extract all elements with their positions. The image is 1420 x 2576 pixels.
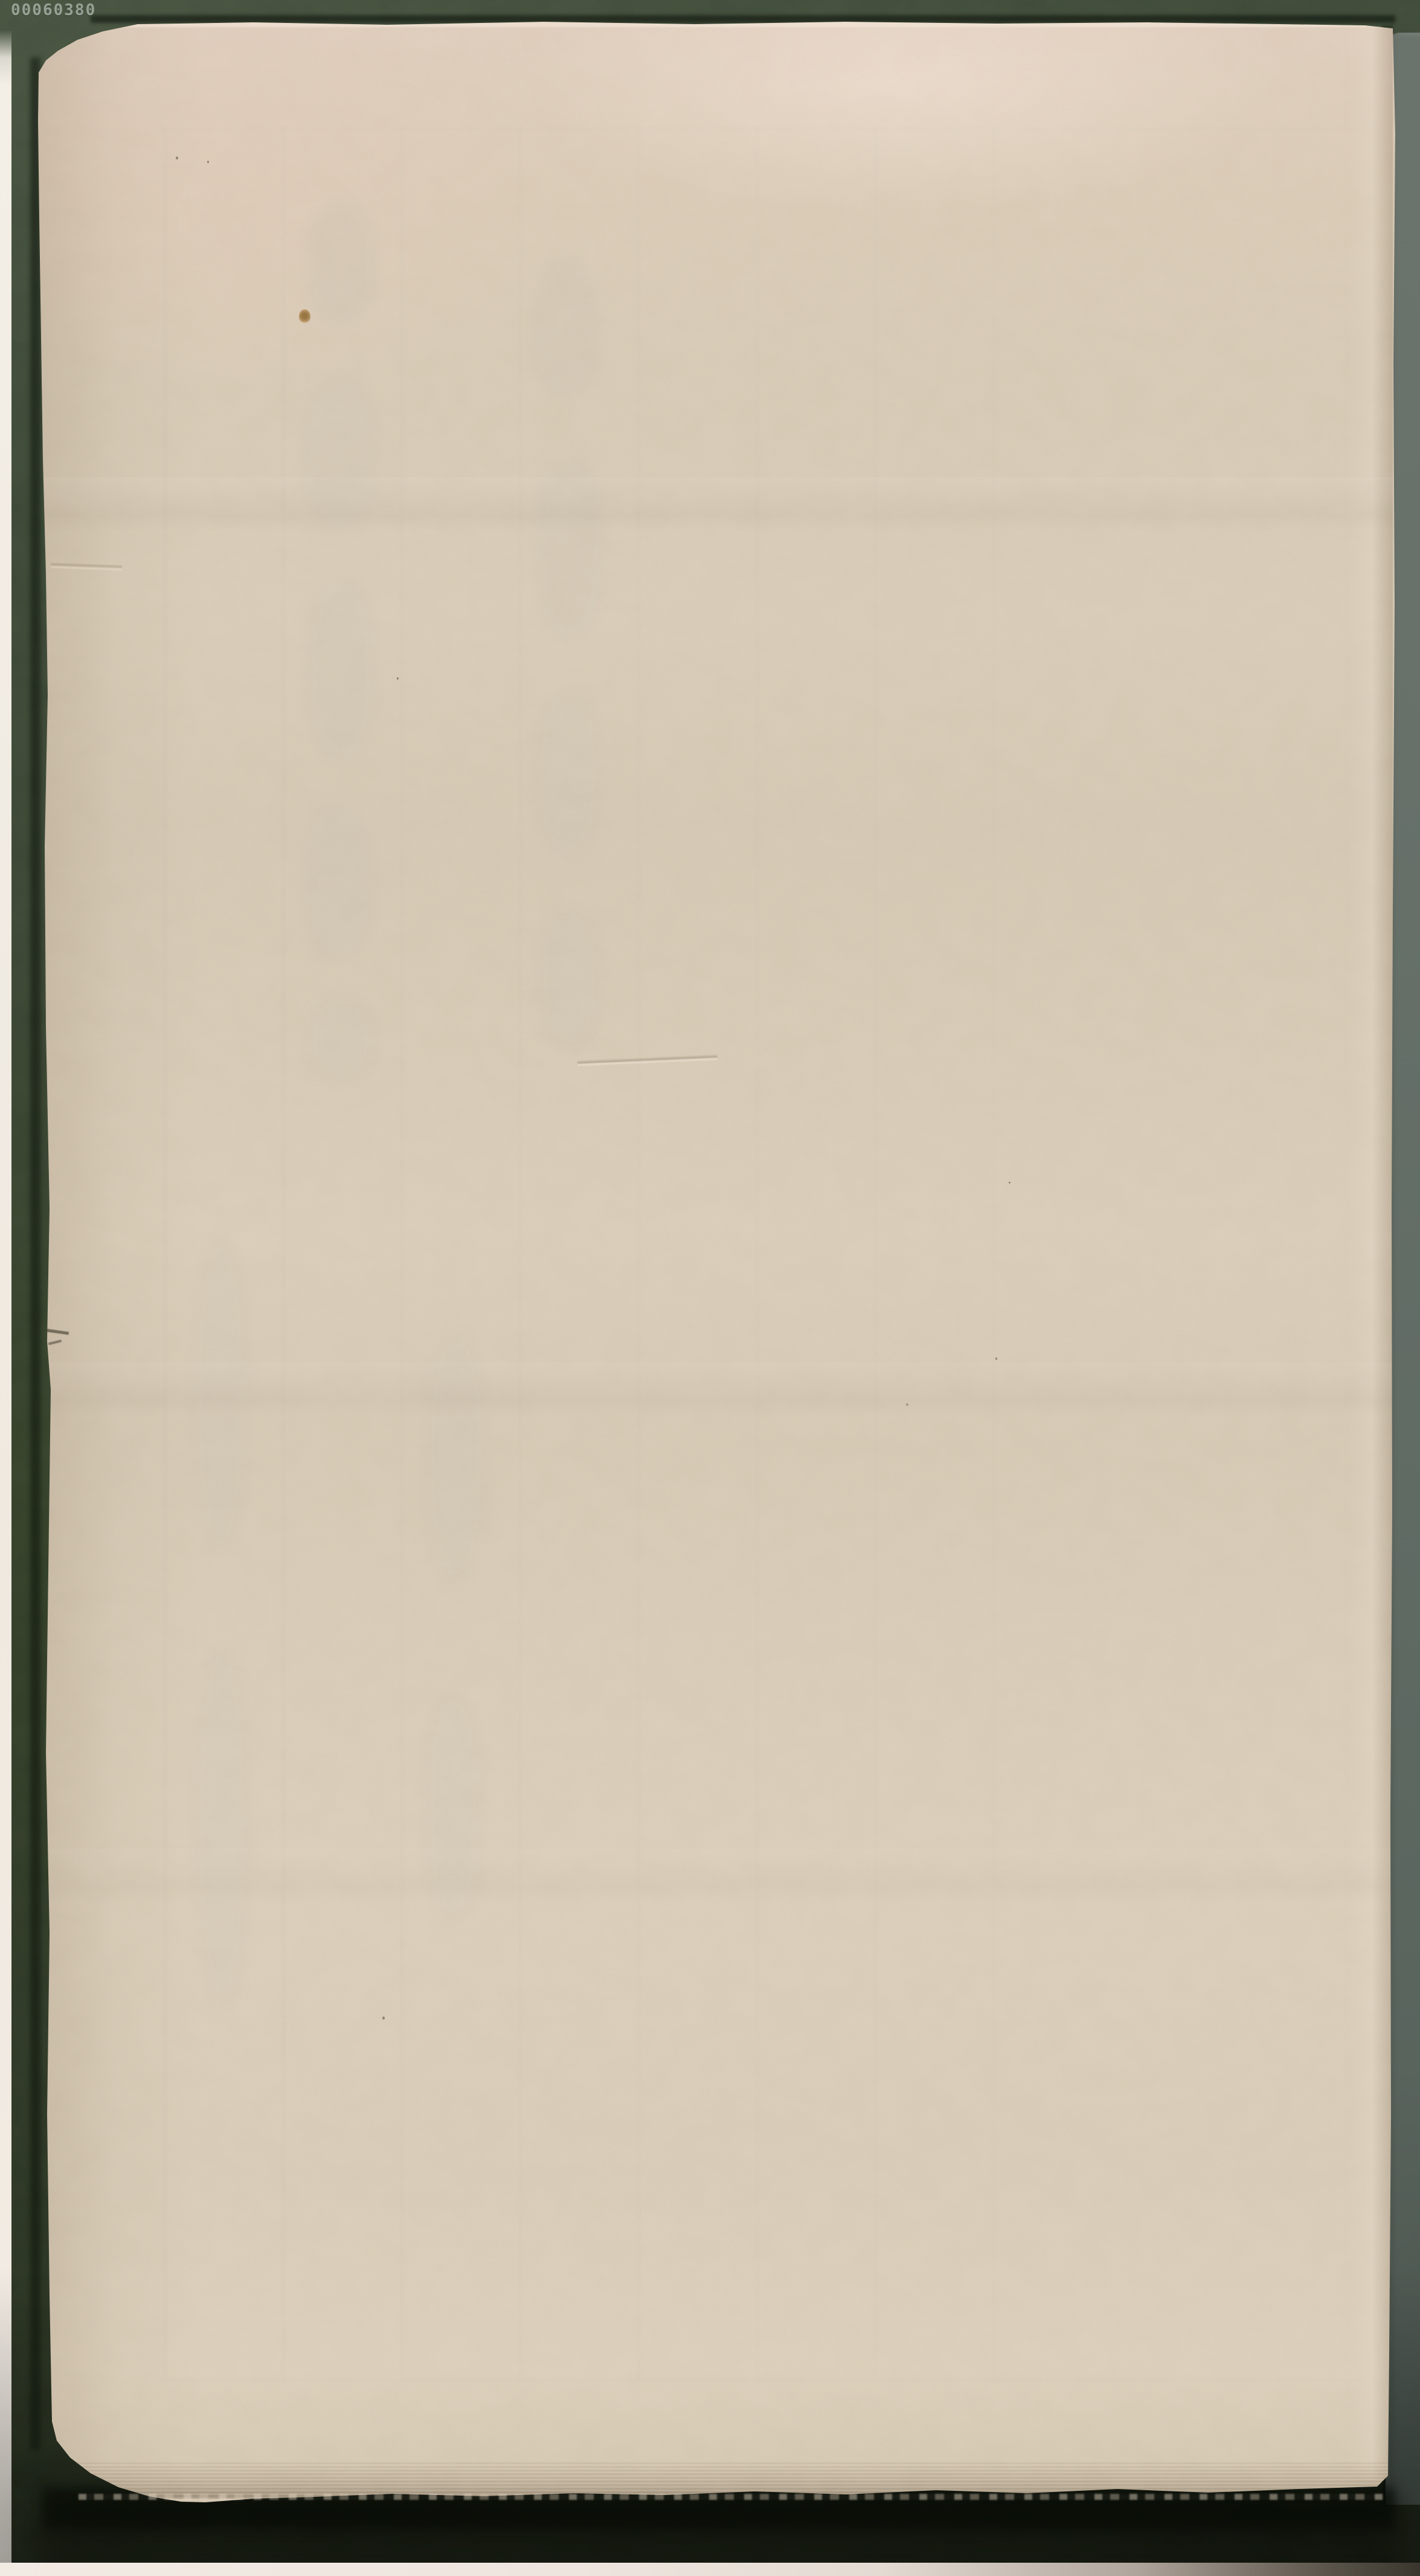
scanner-bed-edge-strip [0,30,11,2576]
scan-id-label: 00060380 [11,1,96,19]
page-top-shadow [91,15,1395,23]
paper-fiber-texture [0,0,1420,2576]
page-left-shadow [30,57,40,2450]
page-block-ragged-edge [79,2494,1383,2500]
blank-book-page [0,0,1420,2576]
photo-bottom-edge-strip [0,2563,1420,2576]
book-scan-stage: 00060380 [0,0,1420,2576]
